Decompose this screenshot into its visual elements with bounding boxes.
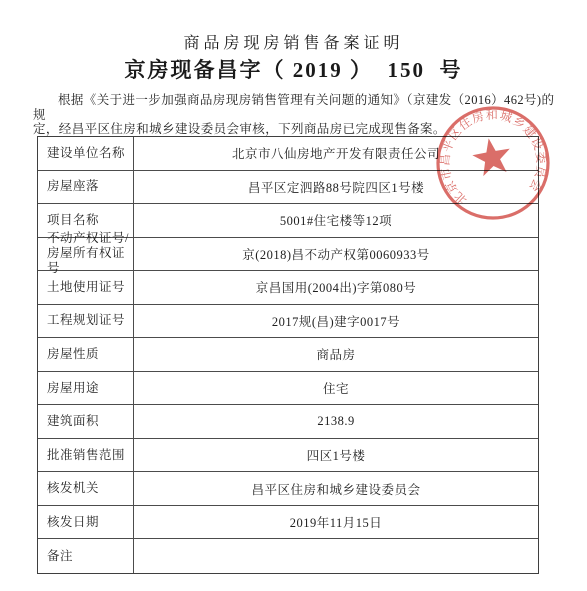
certificate-page: 商品房现房销售备案证明 京房现备昌字（ 2019 ） 150 号 根据《关于进一… — [0, 0, 587, 591]
row-value: 住宅 — [134, 372, 538, 405]
row-label: 房屋用途 — [38, 372, 134, 405]
row-value: 四区1号楼 — [134, 439, 538, 472]
row-value: 京昌国用(2004出)字第080号 — [134, 271, 538, 304]
row-value: 昌平区定泗路88号院四区1号楼 — [134, 171, 538, 204]
table-row-floor-area: 建筑面积 2138.9 — [38, 405, 538, 439]
table-row-issue-date: 核发日期 2019年11月15日 — [38, 506, 538, 540]
row-label: 不动产权证号/ 房屋所有权证号 — [38, 238, 134, 271]
table-row-house-use: 房屋用途 住宅 — [38, 372, 538, 406]
row-label: 建设单位名称 — [38, 137, 134, 170]
table-row-location: 房屋座落 昌平区定泗路88号院四区1号楼 — [38, 171, 538, 205]
row-label: 建筑面积 — [38, 405, 134, 438]
row-label: 工程规划证号 — [38, 305, 134, 338]
row-value — [134, 539, 538, 573]
filing-table: 建设单位名称 北京市八仙房地产开发有限责任公司 房屋座落 昌平区定泗路88号院四… — [37, 136, 539, 574]
row-value: 昌平区住房和城乡建设委员会 — [134, 472, 538, 505]
intro-paragraph: 根据《关于进一步加强商品房现房销售管理有关问题的通知》（京建发（2016）462… — [33, 93, 559, 137]
table-row-developer: 建设单位名称 北京市八仙房地产开发有限责任公司 — [38, 137, 538, 171]
row-label: 土地使用证号 — [38, 271, 134, 304]
row-value: 北京市八仙房地产开发有限责任公司 — [134, 137, 538, 170]
row-value: 商品房 — [134, 338, 538, 371]
table-row-remarks: 备注 — [38, 539, 538, 573]
row-value: 2019年11月15日 — [134, 506, 538, 539]
table-row-sales-scope: 批准销售范围 四区1号楼 — [38, 439, 538, 473]
row-value: 2138.9 — [134, 405, 538, 438]
certificate-number: 京房现备昌字（ 2019 ） 150 号 — [0, 54, 587, 84]
table-row-property-cert: 不动产权证号/ 房屋所有权证号 京(2018)昌不动产权第0060933号 — [38, 238, 538, 272]
table-row-issuing-authority: 核发机关 昌平区住房和城乡建设委员会 — [38, 472, 538, 506]
table-row-planning-cert: 工程规划证号 2017规(昌)建字0017号 — [38, 305, 538, 339]
row-value: 京(2018)昌不动产权第0060933号 — [134, 238, 538, 271]
row-label: 房屋性质 — [38, 338, 134, 371]
row-value: 2017规(昌)建字0017号 — [134, 305, 538, 338]
document-title: 商品房现房销售备案证明 — [0, 30, 587, 53]
row-value: 5001#住宅楼等12项 — [134, 204, 538, 237]
row-label: 房屋座落 — [38, 171, 134, 204]
row-label: 核发机关 — [38, 472, 134, 505]
table-row-land-cert: 土地使用证号 京昌国用(2004出)字第080号 — [38, 271, 538, 305]
row-label: 备注 — [38, 539, 134, 573]
row-label: 批准销售范围 — [38, 439, 134, 472]
table-row-house-nature: 房屋性质 商品房 — [38, 338, 538, 372]
row-label: 核发日期 — [38, 506, 134, 539]
